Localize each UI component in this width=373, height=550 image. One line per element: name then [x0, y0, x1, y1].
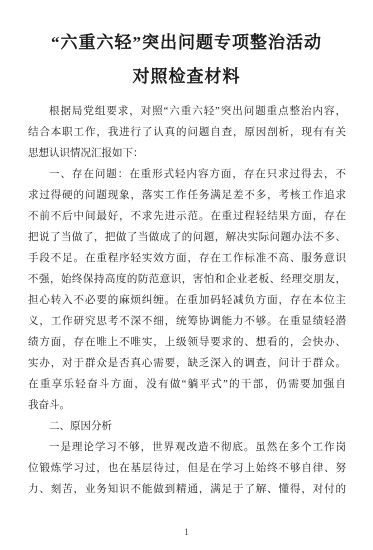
document-page: “六重六轻”突出问题专项整治活动 对照检查材料 根据局党组要求，对照“六重六轻”…	[0, 0, 373, 550]
text-line: 一、存在问题：在重形式轻内容方面，存在只求过得去，不	[28, 164, 346, 185]
text-line: 不前不后中间最好，不求先进示范。在重过程轻结果方面，存在	[28, 206, 346, 227]
text-line: 把说了当做了，把做了当做成了的问题，解决实际问题办法不多、	[28, 227, 346, 248]
paragraph-cause-analysis: 一是理论学习不够，世界观改造不彻底。虽然在多个工作岗 位锻炼学习过，也在基层待过…	[28, 437, 346, 500]
text-line: 思想认识情况汇报如下：	[28, 143, 346, 164]
text-line: 手段不足。在重程序轻实效方面，存在工作标准不高、服务意识	[28, 248, 346, 269]
text-line: 一是理论学习不够，世界观改造不彻底。虽然在多个工作岗	[28, 437, 346, 458]
text-line: 根据局党组要求，对照“六重六轻”突出问题重点整治内容，	[28, 101, 346, 122]
text-line: 二、原因分析	[28, 416, 346, 437]
document-title-line-2: 对照检查材料	[0, 60, 373, 94]
text-line: 实办，对于群众是否真心需要，缺乏深入的调查，问计于群众。	[28, 353, 346, 374]
page-number: 1	[0, 527, 373, 537]
document-title-line-1: “六重六轻”突出问题专项整治活动	[0, 26, 373, 60]
document-body: 根据局党组要求，对照“六重六轻”突出问题重点整治内容， 结合本职工作，我进行了认…	[0, 101, 373, 500]
text-line: 在重享乐轻奋斗方面，没有做“躺平式”的干部，仍需要加强自	[28, 374, 346, 395]
paragraph-problems: 一、存在问题：在重形式轻内容方面，存在只求过得去，不 求过得硬的问题现象，落实工…	[28, 164, 346, 416]
document-title: “六重六轻”突出问题专项整治活动 对照检查材料	[0, 0, 373, 94]
text-line: 结合本职工作，我进行了认真的问题自查，原因剖析，现有有关	[28, 122, 346, 143]
text-line: 绩方面，存在唯上不唯实，上级领导要求的、想看的，会快办、	[28, 332, 346, 353]
text-line: 位锻炼学习过，也在基层待过，但是在学习上始终不够自律、努	[28, 458, 346, 479]
text-line: 担心转入不必要的麻烦纠缠。在重加码轻减负方面，存在本位主	[28, 290, 346, 311]
text-line: 力、刻苦，业务知识不能做到精通，满足于了解、懂得，对付的	[28, 479, 346, 500]
paragraph-intro: 根据局党组要求，对照“六重六轻”突出问题重点整治内容， 结合本职工作，我进行了认…	[28, 101, 346, 164]
text-line: 求过得硬的问题现象，落实工作任务满足差不多，考核工作追求	[28, 185, 346, 206]
paragraph-cause-heading: 二、原因分析	[28, 416, 346, 437]
text-line: 义，工作研究思考不深不细，统筹协调能力不够。在重显绩轻潜	[28, 311, 346, 332]
text-line: 不强，始终保持高度的防范意识，害怕和企业老板、经理交朋友，	[28, 269, 346, 290]
text-line: 我奋斗。	[28, 395, 346, 416]
